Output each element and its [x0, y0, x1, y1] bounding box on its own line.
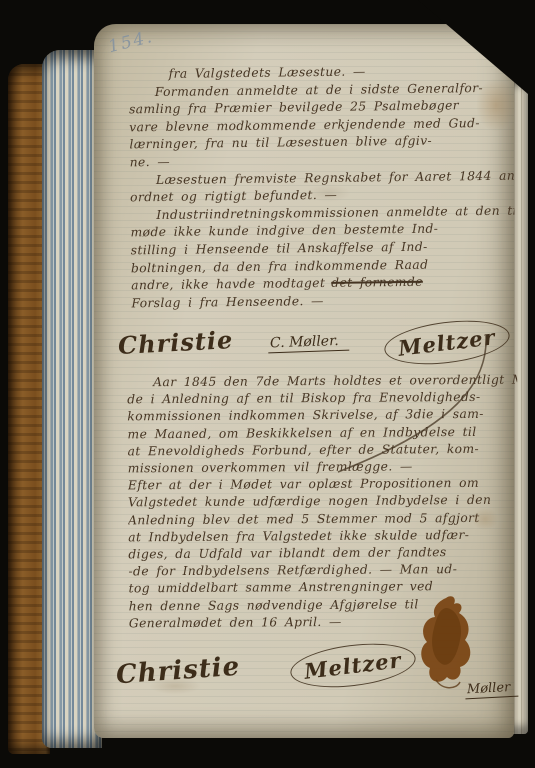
- signature-meltzer-bottom-flourish: Meltzer: [288, 638, 418, 694]
- signature-moller-bottom: Møller: [464, 680, 518, 700]
- signature-christie-bottom: Christie: [115, 652, 241, 691]
- handwritten-line: Generalmødet den 16 April. —: [129, 613, 519, 633]
- signature-christie: Christie: [117, 325, 234, 360]
- signature-row-middle: Christie C. Møller. Meltzer: [118, 322, 510, 363]
- signature-meltzer-flourish: Meltzer: [382, 315, 512, 371]
- photographed-book-page: 154. fra Valgstedets Læsestue. — Formand…: [0, 0, 535, 768]
- manuscript-content: 154. fra Valgstedets Læsestue. — Formand…: [94, 24, 514, 738]
- signature-moller: C. Møller.: [268, 332, 349, 353]
- struck-text: det fornemde: [331, 275, 423, 290]
- handwritten-line: Forslag i fra Henseende. —: [131, 290, 515, 312]
- signature-row-bottom: Christie Meltzer Møller: [116, 645, 518, 686]
- minutes-entry-top: fra Valgstedets Læsestue. — Formanden an…: [129, 62, 516, 313]
- handwritten-text: andre, ikke havde modtaget: [131, 276, 325, 292]
- manuscript-page: 154. fra Valgstedets Læsestue. — Formand…: [94, 24, 514, 738]
- handwritten-line: at Indbydelsen fra Valgstedet ikke skuld…: [128, 527, 518, 547]
- page-number-pencil: 154.: [106, 27, 155, 58]
- handwritten-line: at Enevoldigheds Forbund, efter de Statu…: [128, 441, 518, 461]
- page-edge-stack: [42, 50, 102, 748]
- minutes-entry-1845: Aar 1845 den 7de Marts holdtes et overor…: [127, 372, 519, 633]
